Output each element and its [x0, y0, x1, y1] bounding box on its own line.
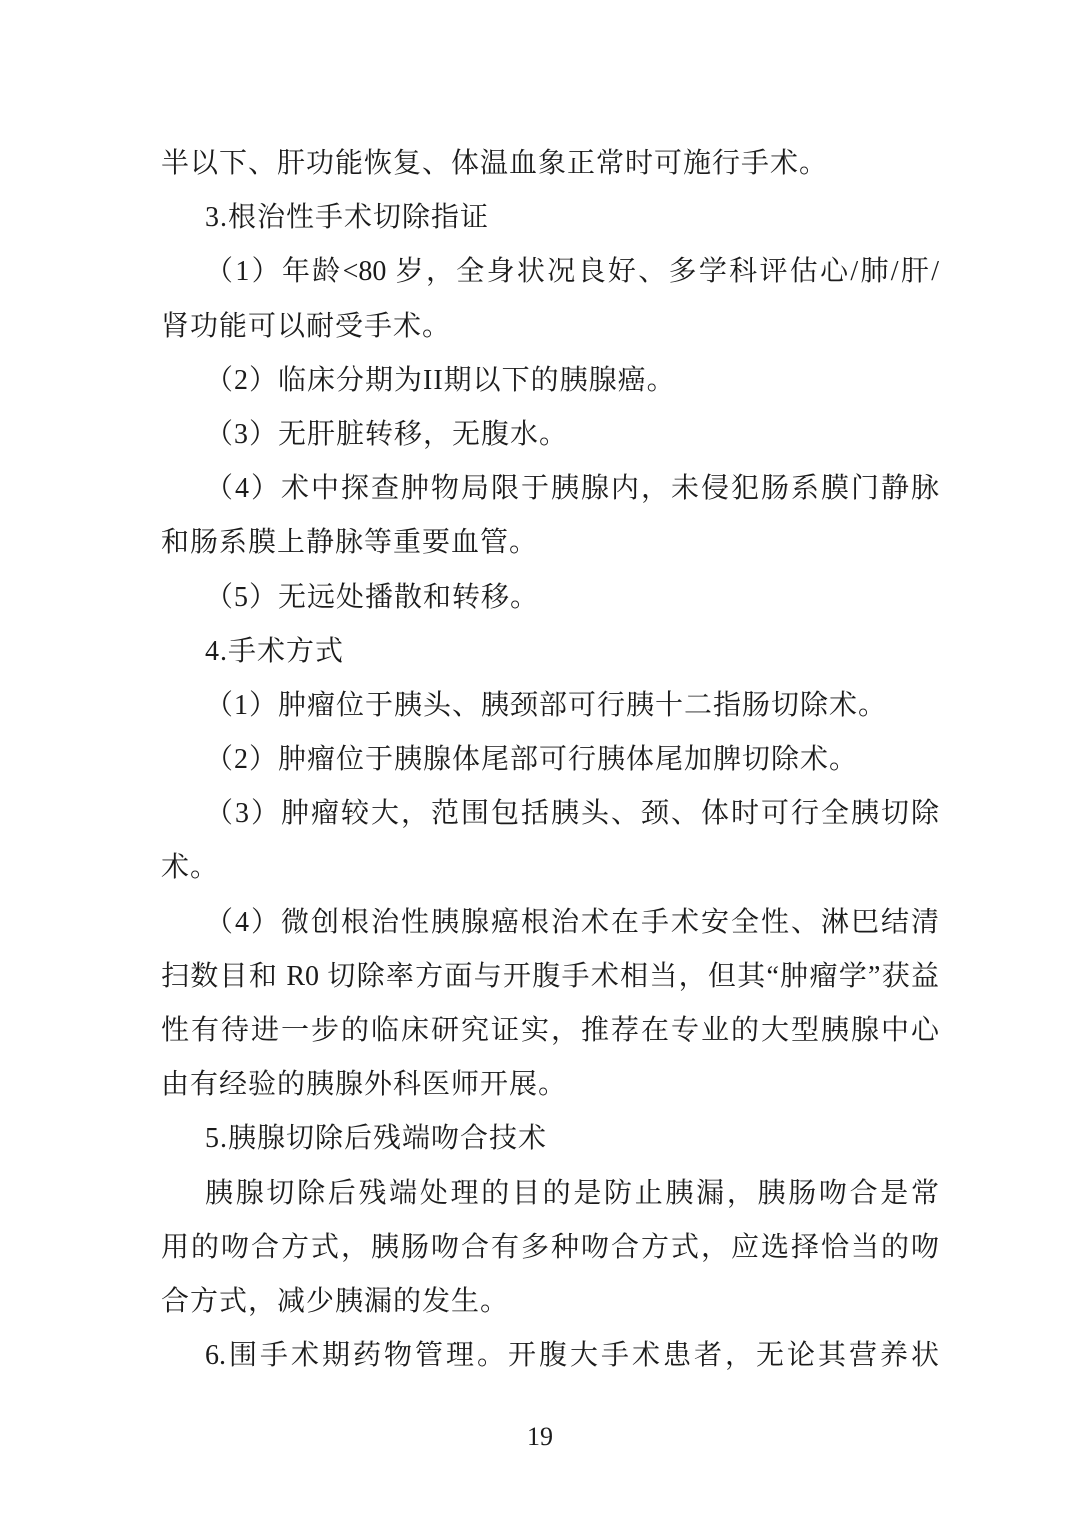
paragraph: （2）肿瘤位于胰腺体尾部可行胰体尾加脾切除术。 [161, 733, 939, 787]
text-line: （1）年龄<80 岁，全身状况良好、多学科评估心/肺/肝/ [161, 245, 939, 299]
text-line: 术。 [161, 841, 939, 895]
text-line: （1）肿瘤位于胰头、胰颈部可行胰十二指肠切除术。 [161, 679, 939, 733]
text-line: 3.根治性手术切除指证 [161, 191, 939, 245]
text-line: 6.围手术期药物管理。开腹大手术患者，无论其营养状 [161, 1329, 939, 1383]
paragraph: （3）肿瘤较大，范围包括胰头、颈、体时可行全胰切除 术。 [161, 787, 939, 895]
text-line: （4）术中探查肿物局限于胰腺内，未侵犯肠系膜门静脉 [161, 462, 939, 516]
paragraph: （1）肿瘤位于胰头、胰颈部可行胰十二指肠切除术。 [161, 679, 939, 733]
paragraph: （5）无远处播散和转移。 [161, 571, 939, 625]
text-line: （2）临床分期为II期以下的胰腺癌。 [161, 354, 939, 408]
paragraph: 6.围手术期药物管理。开腹大手术患者，无论其营养状 [161, 1329, 939, 1383]
paragraph: （4）微创根治性胰腺癌根治术在手术安全性、淋巴结清 扫数目和 R0 切除率方面与… [161, 896, 939, 1113]
page-number: 19 [0, 1422, 1080, 1452]
paragraph: （1）年龄<80 岁，全身状况良好、多学科评估心/肺/肝/ 肾功能可以耐受手术。 [161, 245, 939, 353]
paragraph: 4.手术方式 [161, 625, 939, 679]
document-body: 半以下、肝功能恢复、体温血象正常时可施行手术。 3.根治性手术切除指证 （1）年… [161, 137, 939, 1383]
text-line: 合方式，减少胰漏的发生。 [161, 1275, 939, 1329]
paragraph: （3）无肝脏转移，无腹水。 [161, 408, 939, 462]
text-line: 和肠系膜上静脉等重要血管。 [161, 516, 939, 570]
paragraph: 5.胰腺切除后残端吻合技术 [161, 1112, 939, 1166]
text-line: （3）无肝脏转移，无腹水。 [161, 408, 939, 462]
paragraph: （4）术中探查肿物局限于胰腺内，未侵犯肠系膜门静脉 和肠系膜上静脉等重要血管。 [161, 462, 939, 570]
text-line: 半以下、肝功能恢复、体温血象正常时可施行手术。 [161, 137, 939, 191]
paragraph: （2）临床分期为II期以下的胰腺癌。 [161, 354, 939, 408]
text-line: 4.手术方式 [161, 625, 939, 679]
text-line: 用的吻合方式，胰肠吻合有多种吻合方式，应选择恰当的吻 [161, 1221, 939, 1275]
document-page: 半以下、肝功能恢复、体温血象正常时可施行手术。 3.根治性手术切除指证 （1）年… [0, 0, 1080, 1527]
text-line: （3）肿瘤较大，范围包括胰头、颈、体时可行全胰切除 [161, 787, 939, 841]
text-line: 性有待进一步的临床研究证实，推荐在专业的大型胰腺中心 [161, 1004, 939, 1058]
text-line: 扫数目和 R0 切除率方面与开腹手术相当，但其“肿瘤学”获益 [161, 950, 939, 1004]
text-line: （4）微创根治性胰腺癌根治术在手术安全性、淋巴结清 [161, 896, 939, 950]
paragraph: 半以下、肝功能恢复、体温血象正常时可施行手术。 [161, 137, 939, 191]
text-line: （5）无远处播散和转移。 [161, 571, 939, 625]
text-line: 胰腺切除后残端处理的目的是防止胰漏，胰肠吻合是常 [161, 1167, 939, 1221]
text-line: （2）肿瘤位于胰腺体尾部可行胰体尾加脾切除术。 [161, 733, 939, 787]
paragraph: 3.根治性手术切除指证 [161, 191, 939, 245]
text-line: 由有经验的胰腺外科医师开展。 [161, 1058, 939, 1112]
paragraph: 胰腺切除后残端处理的目的是防止胰漏，胰肠吻合是常 用的吻合方式，胰肠吻合有多种吻… [161, 1167, 939, 1330]
text-line: 肾功能可以耐受手术。 [161, 300, 939, 354]
text-line: 5.胰腺切除后残端吻合技术 [161, 1112, 939, 1166]
